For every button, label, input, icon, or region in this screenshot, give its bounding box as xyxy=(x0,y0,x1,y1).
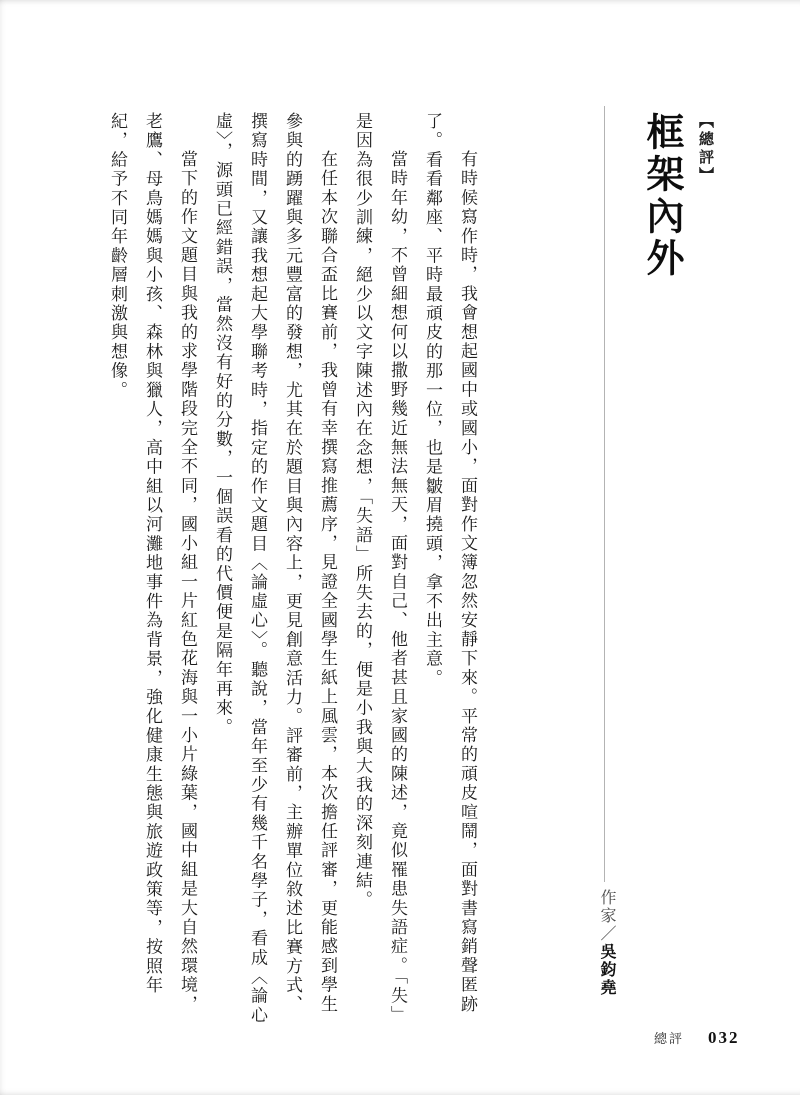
footer-section-label: 總評 xyxy=(654,1028,684,1047)
paragraph: 有時候寫作時，我會想起國中或國小，面對作文簿忽然安靜下來。平常的頑皮喧鬧，面對書… xyxy=(415,112,485,1028)
footer-page-number: 032 xyxy=(708,1028,740,1048)
paragraph: 當下的作文題目與我的求學階段完全不同，國小組一片紅色花海與一小片綠葉，國中組是大… xyxy=(100,112,205,1028)
title-divider-rule xyxy=(604,106,605,882)
body-text: 有時候寫作時，我會想起國中或國小，面對作文簿忽然安靜下來。平常的頑皮喧鬧，面對書… xyxy=(100,112,485,1028)
paragraph: 當時年幼，不曾細想何以撒野幾近無法無天，面對自己、他者甚且家國的陳述，竟似罹患失… xyxy=(345,112,415,1028)
page-footer: 總評 032 xyxy=(654,1028,740,1048)
section-label: 【總評】 xyxy=(695,113,716,185)
book-page: 【總評】 框架內外 作家／吳鈞堯 有時候寫作時，我會想起國中或國小，面對作文簿忽… xyxy=(0,0,800,1095)
paragraph: 在任本次聯合盃比賽前，我曾有幸撰寫推薦序，見證全國學生紙上風雲，本次擔任評審，更… xyxy=(205,112,345,1028)
author-name: 吳鈞堯 xyxy=(598,943,615,997)
page-title: 框架內外 xyxy=(634,112,689,280)
author-byline: 作家／吳鈞堯 xyxy=(595,889,618,997)
author-role-label: 作家／ xyxy=(598,889,615,943)
